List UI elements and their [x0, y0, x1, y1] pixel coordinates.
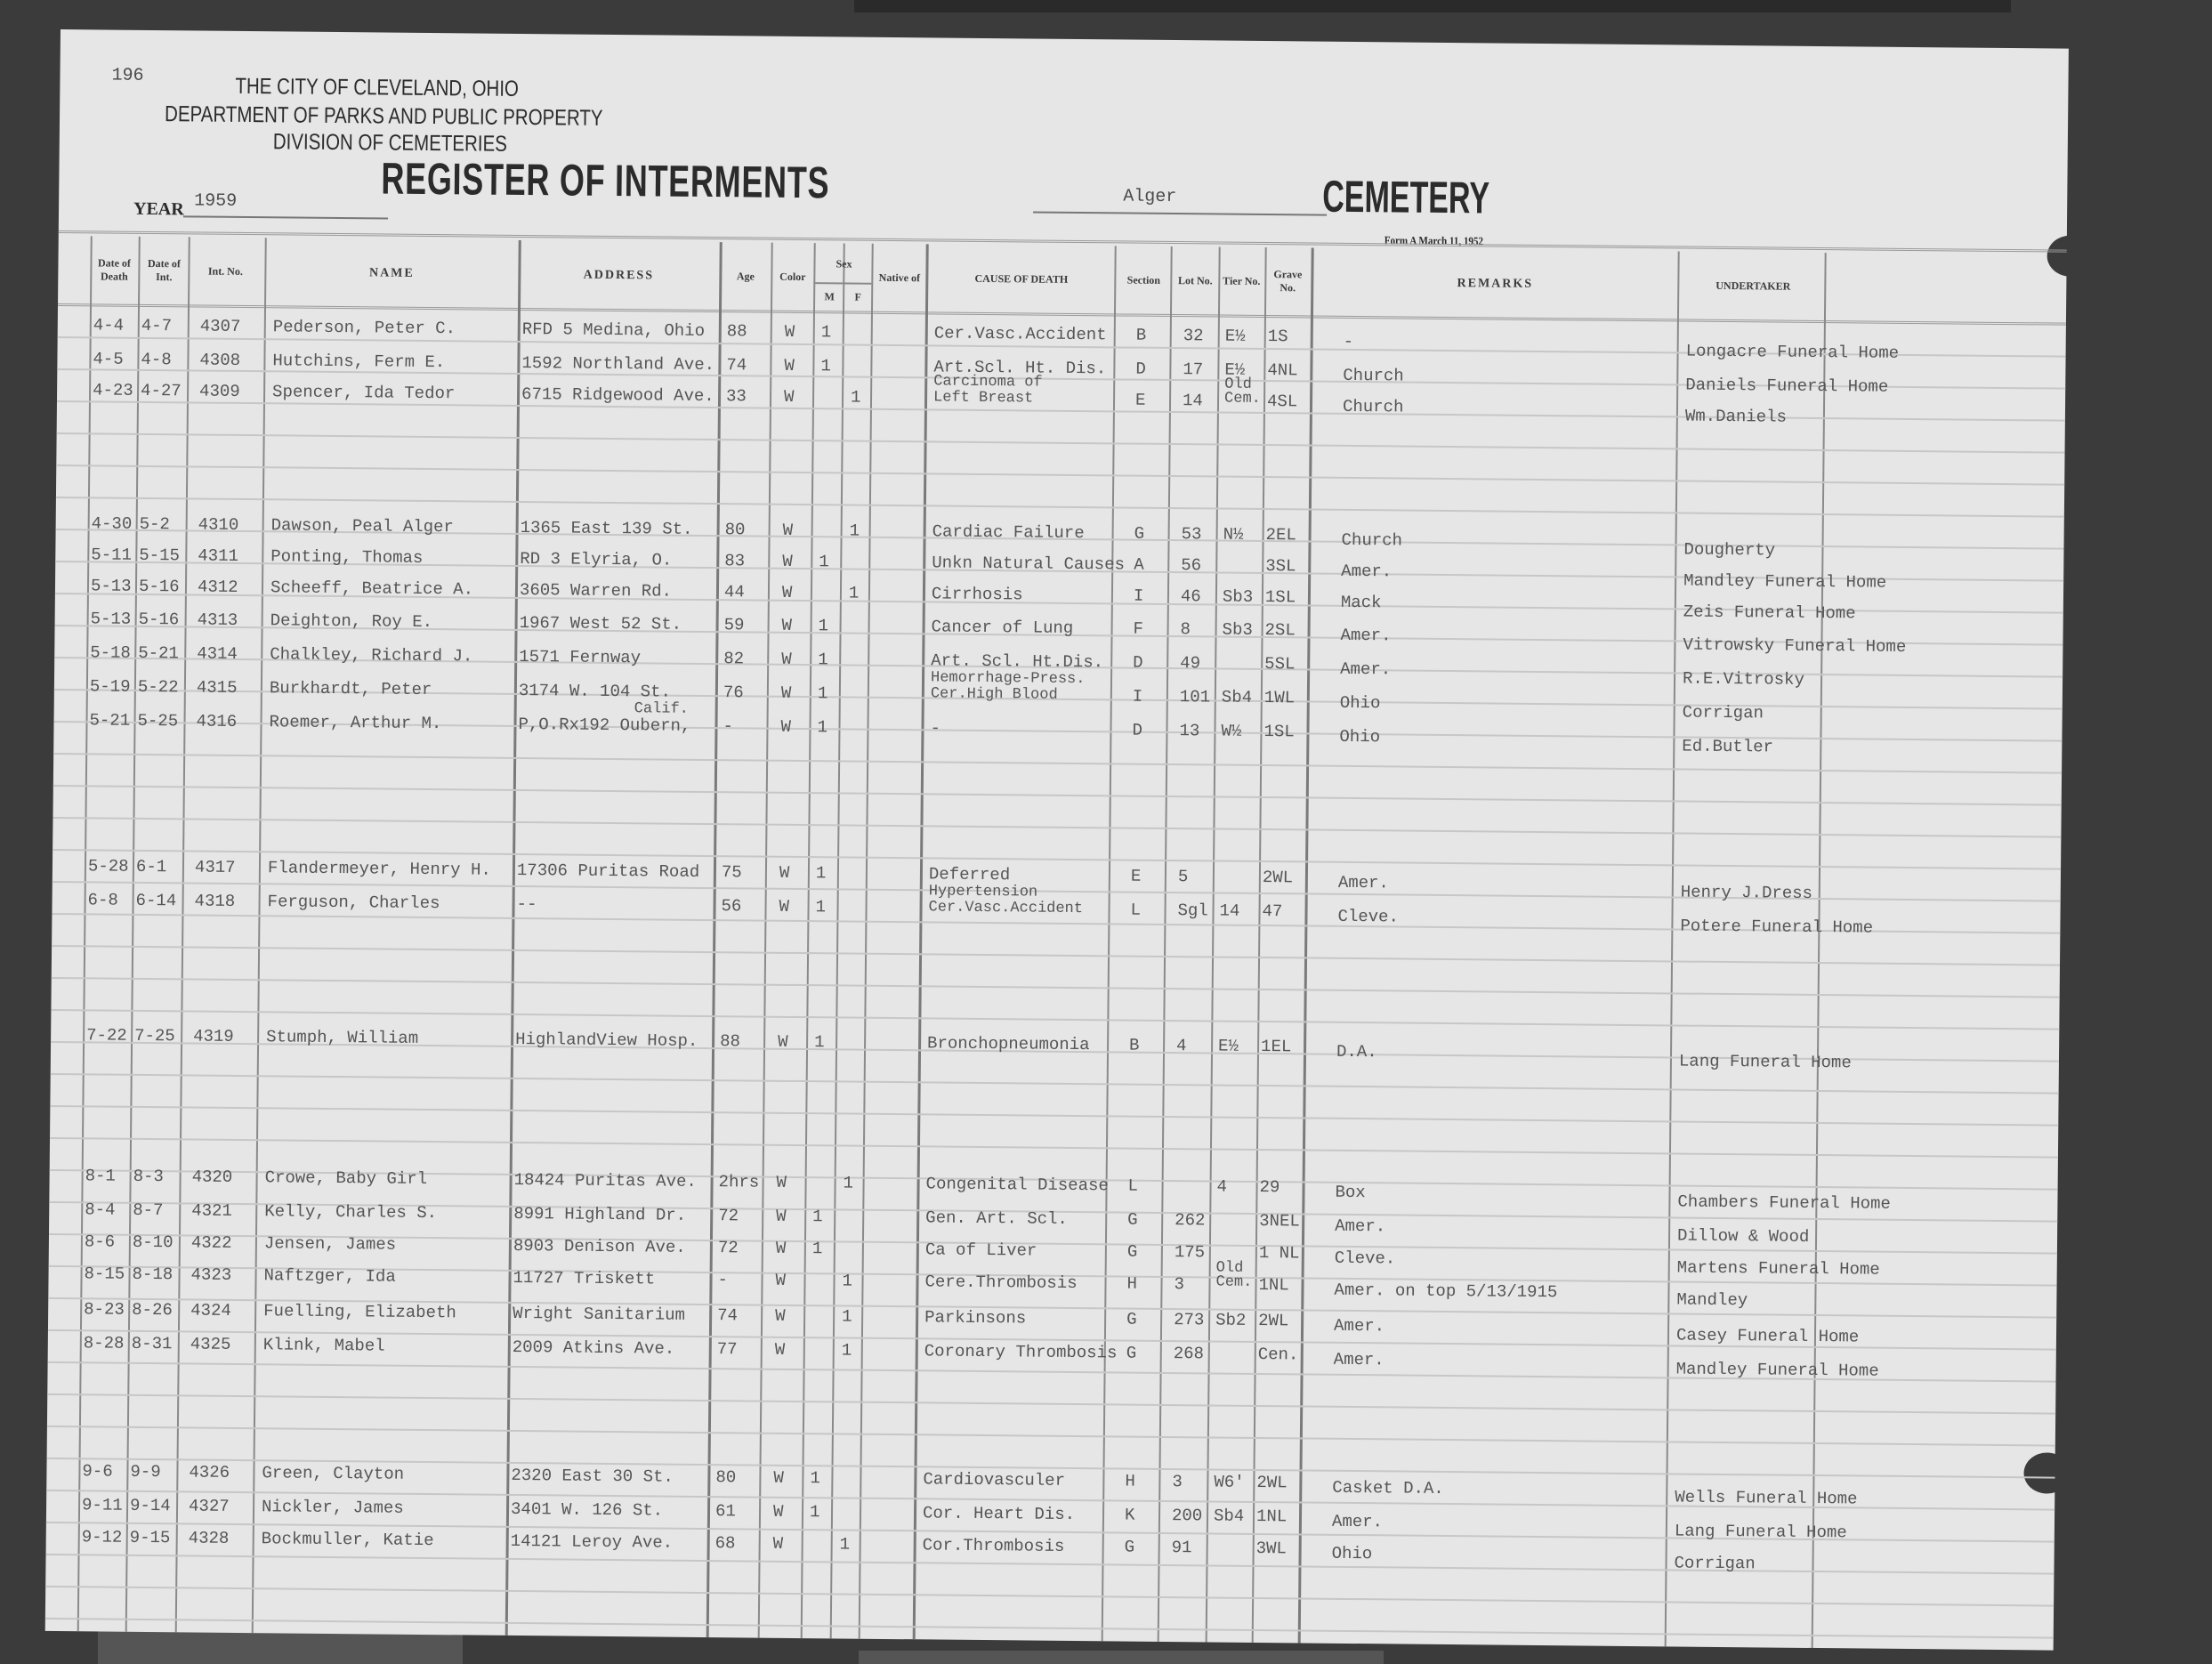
- column-divider: [758, 243, 773, 1638]
- table-body: 4-44-74307Pederson, Peter C.RFD 5 Medina…: [61, 29, 2069, 49]
- color: W: [779, 864, 790, 882]
- date-of-death: 5-28: [88, 857, 129, 875]
- lot-number: 8: [1180, 620, 1191, 638]
- ruled-line: [52, 817, 2061, 838]
- sex-male: 1: [812, 1240, 823, 1257]
- deceased-name: Naftzger, Ida: [263, 1266, 395, 1285]
- interment-number: 4321: [191, 1201, 232, 1219]
- section: H: [1126, 1275, 1137, 1293]
- address: --: [516, 895, 537, 913]
- sex-female: 1: [842, 1341, 852, 1359]
- deceased-name: Fuelling, Elizabeth: [263, 1302, 456, 1321]
- lot-number: 14: [1183, 392, 1203, 409]
- address: 1365 East 139 St.: [521, 519, 693, 538]
- cemetery-name: Alger: [1123, 186, 1176, 207]
- date-of-interment: 4-27: [141, 382, 182, 400]
- remarks: Amer.: [1332, 1513, 1383, 1531]
- color: W: [777, 1174, 787, 1191]
- column-divider: [1206, 247, 1221, 1643]
- scan-edge-top: [854, 0, 2011, 12]
- table-row: 5-115-154311Ponting, ThomasRD 3 Elyria, …: [61, 29, 2069, 49]
- date-of-interment: 5-16: [139, 610, 180, 628]
- remarks: Ohio: [1339, 728, 1380, 746]
- undertaker: Dillow & Wood: [1677, 1227, 1809, 1246]
- table-row: 5-135-164312Scheeff, Beatrice A.3605 War…: [61, 29, 2069, 49]
- section: G: [1126, 1345, 1137, 1362]
- remarks: Church: [1341, 531, 1402, 550]
- undertaker: Daniels Funeral Home: [1685, 376, 1888, 396]
- column-divider: [830, 243, 845, 1638]
- grave-number: Cen.: [1258, 1345, 1299, 1363]
- address: 11727 Triskett: [513, 1269, 655, 1288]
- section: G: [1125, 1539, 1135, 1556]
- cause-of-death: Art. Scl. Ht.Dis.: [931, 651, 1103, 671]
- lot-number: Sgl: [1177, 901, 1207, 919]
- grave-number: 2WL: [1263, 868, 1293, 886]
- lot-number: 17: [1183, 360, 1203, 378]
- deceased-name: Burkhardt, Peter: [270, 679, 432, 699]
- undertaker: Zeis Funeral Home: [1683, 603, 1856, 623]
- age: 82: [723, 650, 744, 667]
- remarks: Casket D.A.: [1332, 1479, 1444, 1498]
- cause-of-death: Hypertension: [929, 885, 1038, 900]
- tier-number: Sb3: [1222, 621, 1252, 639]
- cause-of-death-line2: Cer.Vasc.Accident: [928, 901, 1083, 917]
- table-row: 8-68-104322Jensen, James8903 Denison Ave…: [61, 29, 2069, 49]
- scan-edge-bottom-center: [859, 1651, 1384, 1664]
- ruled-line: [52, 945, 2060, 966]
- date-of-interment: 9-14: [130, 1497, 171, 1515]
- lot-number: 5: [1178, 868, 1189, 885]
- interment-number: 4309: [199, 383, 240, 400]
- tier-number: W½: [1221, 723, 1241, 740]
- age: 61: [715, 1502, 736, 1520]
- lot-number: 13: [1179, 722, 1199, 739]
- table-row: 8-238-264324Fuelling, ElizabethWright Sa…: [61, 29, 2069, 49]
- section: H: [1125, 1473, 1135, 1490]
- cause-of-death: Cancer of Lung: [932, 618, 1074, 637]
- deceased-name: Deighton, Roy E.: [270, 611, 433, 631]
- sex-female: 1: [851, 389, 861, 407]
- date-of-death: 5-11: [91, 545, 132, 563]
- section: K: [1125, 1506, 1135, 1524]
- cause-of-death: Cere.Thrombosis: [924, 1272, 1077, 1292]
- deceased-name: Klink, Mabel: [263, 1336, 385, 1354]
- cause-of-death: Bronchopneumonia: [927, 1034, 1090, 1054]
- column-divider: [77, 236, 93, 1631]
- address: 2320 East 30 St.: [511, 1466, 674, 1486]
- interment-number: 4310: [198, 516, 239, 534]
- date-of-death: 5-21: [89, 711, 130, 729]
- ruled-line: [57, 432, 2065, 454]
- color: W: [785, 323, 795, 341]
- remarks: -: [1344, 333, 1354, 351]
- tier-number: E½: [1225, 327, 1246, 345]
- section: D: [1133, 654, 1143, 672]
- interment-number: 4327: [189, 1497, 230, 1515]
- cemetery-underline: [1033, 212, 1327, 216]
- year-underline: [183, 215, 388, 219]
- color: W: [784, 388, 795, 406]
- date-of-death: 4-4: [93, 316, 124, 334]
- table-row: 6-86-144318Ferguson, Charles--56W1Hypert…: [61, 29, 2069, 49]
- deceased-name: Dawson, Peal Alger: [271, 516, 454, 536]
- section: B: [1129, 1037, 1140, 1054]
- date-of-interment: 5-2: [140, 515, 170, 533]
- undertaker: Lang Funeral Home: [1679, 1053, 1852, 1072]
- tier-number: W6': [1214, 1474, 1244, 1491]
- age: 75: [722, 863, 742, 881]
- date-of-death: 8-1: [85, 1167, 116, 1184]
- cause-of-death-line2: Left Breast: [933, 391, 1033, 406]
- col-age: Age: [721, 245, 771, 308]
- sex-female: 1: [842, 1307, 852, 1325]
- cause-of-death: Cirrhosis: [932, 585, 1023, 603]
- sex-male: 1: [814, 1033, 825, 1051]
- undertaker: Lang Funeral Home: [1675, 1522, 1847, 1541]
- ruled-line: [53, 785, 2062, 806]
- table-row: 9-129-154328Bockmuller, Katie14121 Leroy…: [61, 29, 2069, 49]
- deceased-name: Jensen, James: [264, 1234, 396, 1253]
- cause-of-death: Coronary Thrombosis: [924, 1342, 1118, 1361]
- date-of-death: 5-19: [90, 677, 131, 695]
- undertaker: Corrigan: [1674, 1554, 1755, 1572]
- address: 3174 W. 104 St.: [519, 682, 671, 701]
- interment-number: 4319: [193, 1027, 234, 1045]
- undertaker: Wm.Daniels: [1685, 408, 1787, 426]
- column-divider: [252, 238, 267, 1633]
- remarks: Ohio: [1332, 1545, 1373, 1563]
- color: W: [780, 718, 791, 736]
- table-row: 5-195-224315Burkhardt, Peter3174 W. 104 …: [61, 29, 2069, 49]
- col-native-of: Native of: [875, 246, 924, 310]
- address: 8991 Highland Dr.: [513, 1205, 686, 1224]
- age: -: [717, 1271, 728, 1288]
- color: W: [783, 521, 794, 539]
- age: 74: [726, 356, 747, 374]
- date-of-interment: 8-18: [132, 1265, 173, 1283]
- undertaker: R.E.Vitrosky: [1683, 670, 1804, 689]
- table-row: 5-215-254316Roemer, Arthur M.P,O.Rx192 O…: [61, 29, 2069, 49]
- cause-of-death: Unkn Natural Causes: [932, 553, 1125, 573]
- sex-female: 1: [843, 1175, 853, 1192]
- cause-of-death: Cardiac Failure: [932, 522, 1085, 542]
- remarks: Ohio: [1340, 694, 1381, 712]
- deceased-name: Stumph, William: [266, 1028, 418, 1047]
- undertaker: Martens Funeral Home: [1677, 1259, 1880, 1279]
- grave-number: 5SL: [1264, 655, 1295, 673]
- grave-number: 3WL: [1256, 1539, 1287, 1557]
- col-undertaker: UNDERTAKER: [1682, 254, 1825, 319]
- col-tier-no: Tier No.: [1220, 250, 1263, 312]
- section: B: [1136, 327, 1147, 344]
- color: W: [776, 1208, 787, 1225]
- lot-number: 32: [1183, 327, 1204, 344]
- date-of-death: 4-5: [93, 350, 123, 368]
- table-header: Date of Death Date of Int. Int. No. NAME…: [61, 29, 2069, 49]
- address: 17306 Puritas Road: [517, 861, 699, 881]
- table-row: 4-44-74307Pederson, Peter C.RFD 5 Medina…: [61, 29, 2069, 49]
- lot-number: 56: [1181, 556, 1201, 574]
- column-divider: [1665, 251, 1680, 1646]
- grave-number: 4NL: [1267, 361, 1297, 379]
- date-of-interment: 5-21: [138, 644, 179, 662]
- table-row: 9-119-144327Nickler, James3401 W. 126 St…: [61, 29, 2069, 49]
- lot-number: 3: [1174, 1275, 1184, 1293]
- lot-number: 46: [1181, 587, 1201, 605]
- section: G: [1126, 1311, 1137, 1329]
- year-label: YEAR: [133, 199, 184, 221]
- tier-number: Sb2: [1215, 1312, 1246, 1329]
- undertaker: Mandley: [1676, 1291, 1748, 1310]
- column-divider: [125, 237, 141, 1632]
- color: W: [782, 584, 793, 602]
- age: 59: [724, 616, 745, 634]
- address: 18424 Puritas Ave.: [514, 1171, 697, 1191]
- date-of-death: 9-6: [82, 1462, 112, 1480]
- undertaker: Casey Funeral Home: [1676, 1327, 1859, 1346]
- address: 6715 Ridgewood Ave.: [521, 385, 714, 405]
- table-row: 7-227-254319Stumph, WilliamHighlandView …: [61, 29, 2069, 49]
- cemetery-label: CEMETERY: [1322, 171, 1489, 224]
- grave-number: 29: [1259, 1178, 1280, 1196]
- interment-number: 4318: [195, 892, 236, 909]
- deceased-name: Nickler, James: [262, 1498, 404, 1517]
- interment-number: 4314: [197, 645, 238, 663]
- interment-number: 4328: [189, 1529, 230, 1547]
- table-row: 8-288-314325Klink, Mabel2009 Atkins Ave.…: [61, 29, 2069, 49]
- interment-number: 4324: [190, 1301, 231, 1319]
- color: W: [781, 684, 792, 702]
- cause-of-death: Gen. Art. Scl.: [925, 1208, 1068, 1228]
- grave-number: 1WL: [1264, 689, 1295, 707]
- remarks: Amer.: [1334, 1351, 1385, 1369]
- ruled-line: [52, 977, 2060, 998]
- age: 44: [724, 583, 745, 601]
- date-of-interment: 9-15: [130, 1529, 171, 1547]
- grave-number: 1NL: [1256, 1507, 1287, 1525]
- color: W: [775, 1272, 786, 1289]
- ruled-line: [50, 1105, 2058, 1127]
- section: E: [1135, 392, 1146, 409]
- lot-number: 273: [1174, 1311, 1204, 1329]
- date-of-death: 6-8: [88, 891, 118, 909]
- interment-number: 4326: [189, 1463, 230, 1481]
- lot-number: 3: [1172, 1473, 1183, 1490]
- section: L: [1130, 901, 1141, 919]
- date-of-death: 4-23: [93, 381, 133, 399]
- interment-number: 4308: [199, 351, 240, 369]
- city-heading: THE CITY OF CLEVELAND, OHIO: [235, 74, 519, 102]
- undertaker: Chambers Funeral Home: [1677, 1193, 1891, 1213]
- age: 74: [717, 1306, 738, 1324]
- table-row: 4-305-24310Dawson, Peal Alger1365 East 1…: [61, 29, 2069, 49]
- date-of-interment: 4-7: [141, 317, 172, 335]
- interment-number: 4316: [196, 713, 237, 731]
- grave-number: 1 NL: [1259, 1244, 1300, 1262]
- tier-number: Sb4: [1214, 1507, 1244, 1525]
- address: 14121 Leroy Ave.: [511, 1532, 674, 1552]
- age: 80: [715, 1468, 736, 1486]
- binder-hole-top-icon: [2047, 235, 2093, 276]
- undertaker: Longacre Funeral Home: [1686, 343, 1900, 362]
- column-divider: [175, 237, 190, 1632]
- deceased-name: Ponting, Thomas: [270, 547, 423, 567]
- date-of-interment: 5-16: [139, 578, 180, 595]
- address: HighlandView Hosp.: [515, 1030, 698, 1050]
- address: 3605 Warren Rd.: [520, 581, 672, 601]
- undertaker: Corrigan: [1683, 704, 1764, 723]
- age: 68: [715, 1534, 736, 1552]
- col-grave-no: Grave No.: [1266, 250, 1310, 312]
- col-sex-f: F: [844, 284, 871, 309]
- tier-number: 14: [1219, 902, 1239, 920]
- undertaker: Ed.Butler: [1682, 738, 1773, 756]
- deceased-name: Spencer, Ida Tedor: [272, 383, 455, 402]
- section: A: [1134, 556, 1144, 574]
- section: I: [1134, 587, 1144, 605]
- col-name: NAME: [271, 240, 513, 305]
- ruled-line: [50, 1137, 2058, 1159]
- date-of-interment: 9-9: [130, 1463, 160, 1481]
- sex-male: 1: [810, 1503, 820, 1521]
- table-row: 8-48-74321Kelly, Charles S.8991 Highland…: [61, 29, 2069, 49]
- date-of-death: 8-6: [85, 1232, 115, 1250]
- remarks: Cleve.: [1335, 1249, 1396, 1268]
- sex-female: 1: [840, 1535, 851, 1553]
- table-row: 8-18-34320Crowe, Baby Girl18424 Puritas …: [61, 29, 2069, 49]
- color: W: [781, 650, 792, 668]
- cause-of-death: Congenital Disease: [925, 1175, 1108, 1194]
- column-divider: [1298, 248, 1314, 1644]
- age: 56: [721, 897, 741, 915]
- lot-number: 53: [1182, 525, 1202, 543]
- color: W: [784, 357, 795, 375]
- ruled-line: [51, 1073, 2059, 1095]
- color: W: [778, 1033, 788, 1051]
- undertaker: Potere Funeral Home: [1680, 917, 1873, 937]
- tier-number: N½: [1223, 526, 1244, 544]
- section: G: [1127, 1243, 1138, 1261]
- address: RFD 5 Medina, Ohio: [522, 320, 705, 340]
- year-value: 1959: [194, 190, 237, 211]
- column-divider: [505, 240, 521, 1636]
- address: 8903 Denison Ave.: [513, 1237, 686, 1256]
- undertaker: Wells Funeral Home: [1675, 1488, 1857, 1507]
- interment-number: 4325: [190, 1335, 231, 1353]
- date-of-interment: 6-1: [136, 858, 166, 876]
- remarks: Amer.: [1340, 626, 1391, 645]
- undertaker: Henry J.Dress: [1681, 884, 1812, 902]
- grave-number: 1S: [1268, 327, 1288, 345]
- cause-of-death-line2: Cer.High Blood: [931, 687, 1058, 702]
- remarks: Amer.: [1335, 1217, 1385, 1236]
- lot-number: 4: [1176, 1037, 1187, 1054]
- tier-number: 4: [1216, 1178, 1227, 1196]
- date-of-interment: 5-25: [137, 712, 178, 730]
- age: 72: [718, 1239, 739, 1256]
- sex-male: 1: [819, 553, 829, 570]
- tier-number: Old Cem.: [1224, 378, 1263, 407]
- section: D: [1135, 360, 1146, 378]
- deceased-name: Green, Clayton: [262, 1464, 404, 1483]
- col-int-no: Int. No.: [190, 239, 262, 303]
- date-of-death: 5-13: [91, 610, 132, 627]
- color: W: [782, 617, 793, 634]
- column-divider: [913, 244, 929, 1639]
- date-of-interment: 8-3: [133, 1167, 164, 1185]
- date-of-interment: 8-7: [133, 1201, 163, 1219]
- age: 72: [718, 1207, 739, 1224]
- remarks: Church: [1343, 398, 1404, 416]
- remarks: Box: [1335, 1183, 1365, 1201]
- address: 1592 Northland Ave.: [521, 354, 714, 374]
- age: 33: [726, 387, 747, 405]
- column-divider: [801, 243, 816, 1638]
- age: 2hrs: [719, 1173, 760, 1191]
- cause-of-death: Cor. Heart Dis.: [923, 1504, 1075, 1523]
- table-row: 4-234-274309Spencer, Ida Tedor6715 Ridge…: [61, 29, 2069, 49]
- tier-number: Sb3: [1223, 588, 1253, 606]
- lot-number: 101: [1180, 688, 1210, 706]
- grave-number: 4SL: [1267, 392, 1297, 410]
- undertaker: Dougherty: [1683, 541, 1775, 560]
- deceased-name: Flandermeyer, Henry H.: [268, 859, 491, 878]
- grave-number: 2SL: [1264, 621, 1295, 639]
- sex-male: 1: [815, 898, 826, 916]
- grave-number: 2WL: [1256, 1474, 1287, 1491]
- ruled-line: [47, 1393, 2055, 1415]
- register-page: 196 THE CITY OF CLEVELAND, OHIO DEPARTME…: [45, 29, 2069, 1651]
- col-sex-m: M: [816, 284, 843, 309]
- interment-number: 4311: [198, 547, 238, 565]
- section: L: [1127, 1177, 1138, 1195]
- sex-male: 1: [810, 1469, 820, 1487]
- remarks: D.A.: [1336, 1043, 1377, 1061]
- column-divider: [1158, 246, 1173, 1642]
- sex-male: 1: [821, 323, 832, 341]
- cause-of-death: Ca of Liver: [925, 1240, 1037, 1259]
- grave-number: 1SL: [1265, 588, 1296, 606]
- date-of-interment: 4-8: [141, 351, 171, 368]
- col-date-of-death: Date of Death: [90, 238, 139, 302]
- cause-of-death: Deferred: [929, 865, 1010, 884]
- ruled-line: [51, 1009, 2059, 1030]
- col-cause-of-death: CAUSE OF DEATH: [930, 246, 1113, 311]
- lot-number: 200: [1172, 1506, 1202, 1524]
- lot-number: 49: [1180, 654, 1200, 672]
- grave-number: 47: [1262, 902, 1282, 920]
- address: P,O.Rx192 Oubern,: [518, 715, 690, 735]
- color: W: [773, 1469, 784, 1487]
- section: E: [1131, 868, 1142, 885]
- col-color: Color: [772, 246, 813, 308]
- date-of-death: 8-28: [84, 1334, 125, 1352]
- lot-number: 268: [1174, 1345, 1204, 1362]
- color: W: [775, 1307, 786, 1325]
- interment-number: 4317: [195, 858, 236, 876]
- deceased-name: Hutchins, Ferm E.: [272, 351, 445, 371]
- column-divider: [1102, 246, 1117, 1641]
- remarks: Amer.: [1338, 874, 1389, 893]
- date-of-interment: 5-15: [139, 546, 180, 564]
- date-of-death: 8-15: [84, 1264, 125, 1282]
- grave-number: 3SL: [1265, 557, 1296, 575]
- deceased-name: Bockmuller, Katie: [262, 1530, 434, 1549]
- grave-number: 1SL: [1263, 723, 1294, 740]
- deceased-name: Roemer, Arthur M.: [269, 713, 441, 732]
- grave-number: 2WL: [1258, 1312, 1288, 1329]
